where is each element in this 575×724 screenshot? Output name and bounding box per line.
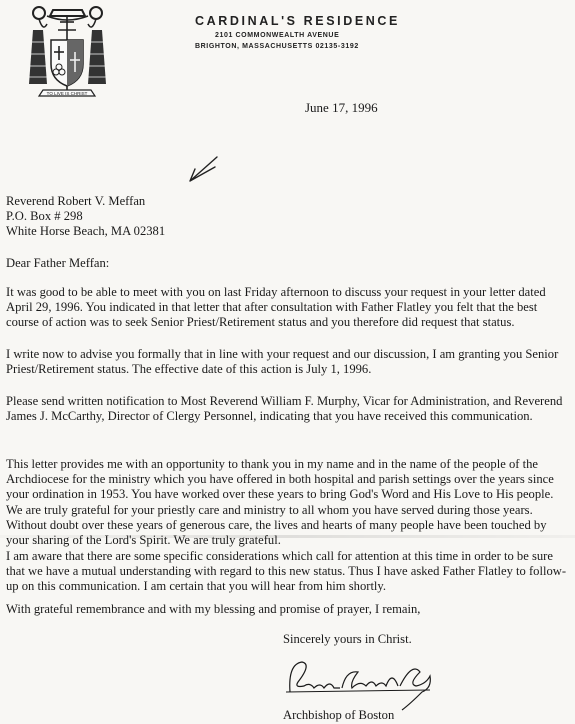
recipient-name: Reverend Robert V. Meffan — [6, 194, 165, 209]
letterhead: CARDINAL'S RESIDENCE 2101 COMMONWEALTH A… — [195, 14, 425, 50]
handwritten-arrow-icon — [187, 155, 219, 185]
handwritten-signature-icon — [280, 652, 440, 712]
recipient-address: Reverend Robert V. Meffan P.O. Box # 298… — [6, 194, 165, 239]
letter-date: June 17, 1996 — [305, 100, 378, 116]
body-paragraph: I am aware that there are some specific … — [6, 549, 572, 595]
body-paragraph: I write now to advise you formally that … — [6, 347, 572, 377]
body-paragraph: It was good to be able to meet with you … — [6, 285, 572, 331]
paper-fold-mark — [0, 535, 575, 538]
letterhead-street: 2101 COMMONWEALTH AVENUE — [195, 32, 425, 39]
recipient-city: White Horse Beach, MA 02381 — [6, 224, 165, 239]
closing: Sincerely yours in Christ. — [283, 632, 412, 647]
recipient-po-box: P.O. Box # 298 — [6, 209, 165, 224]
body-paragraph: With grateful remembrance and with my bl… — [6, 602, 572, 617]
coat-of-arms-icon: TO LIVE IS CHRIST — [25, 2, 110, 100]
svg-text:TO LIVE IS CHRIST: TO LIVE IS CHRIST — [47, 91, 88, 96]
signer-title: Archbishop of Boston — [283, 708, 394, 723]
salutation: Dear Father Meffan: — [6, 256, 109, 271]
body-paragraph: Please send written notification to Most… — [6, 394, 572, 424]
letterhead-city: BRIGHTON, MASSACHUSETTS 02135-3192 — [195, 43, 425, 50]
letterhead-title: CARDINAL'S RESIDENCE — [195, 14, 425, 28]
letter-page: TO LIVE IS CHRIST CARDINAL'S RESIDENCE 2… — [0, 0, 575, 724]
